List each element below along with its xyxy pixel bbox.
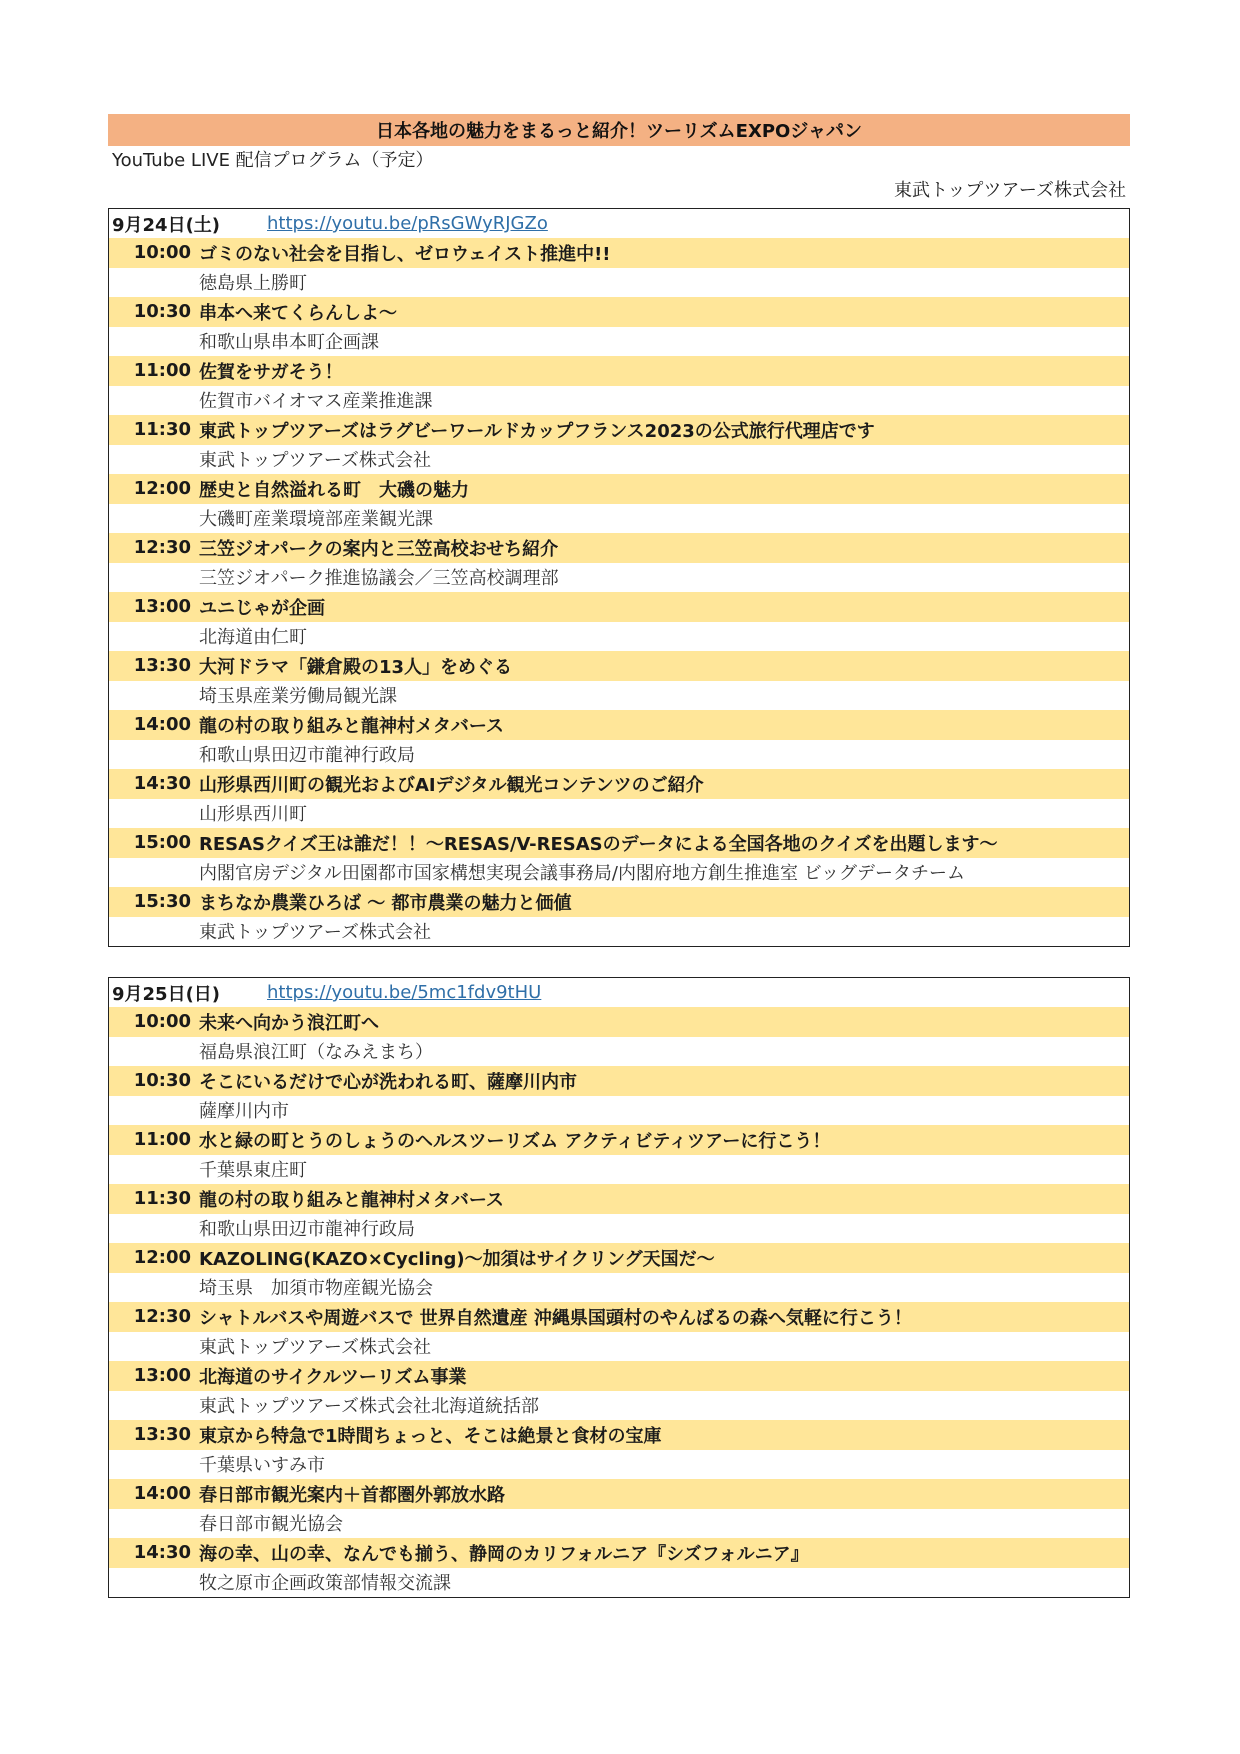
session-presenter-row: 牧之原市企画政策部情報交流課 [109,1568,1129,1598]
session-time: 13:30 [109,1424,199,1445]
session-presenter: 千葉県いすみ市 [191,1451,325,1477]
session-title: 水と緑の町とうのしょうのヘルスツーリズム アクティビティツアーに行こう！ [199,1127,830,1153]
session-time: 14:30 [109,773,199,794]
session-presenter-row: 和歌山県串本町企画課 [109,327,1129,357]
session-title-row: 11:30東武トップツアーズはラグビーワールドカップフランス2023の公式旅行代… [109,415,1129,445]
session-presenter: 大磯町産業環境部産業観光課 [191,505,433,531]
session-title-row: 13:30大河ドラマ「鎌倉殿の13人」をめぐる [109,651,1129,681]
session-title: 北海道のサイクルツーリズム事業 [199,1363,466,1389]
youtube-link[interactable]: https://youtu.be/5mc1fdv9tHU [267,982,541,1003]
program-document: 日本各地の魅力をまるっと紹介！ツーリズムEXPOジャパン YouTube LIV… [108,114,1130,1598]
day-date: 9月25日(日) [112,980,267,1006]
session-title: そこにいるだけで心が洗われる町、薩摩川内市 [199,1068,577,1094]
session-presenter-row: 東武トップツアーズ株式会社 [109,1332,1129,1362]
session-time: 13:30 [109,655,199,676]
session-title-row: 14:00龍の村の取り組みと龍神村メタバース [109,710,1129,740]
day-header: 9月25日(日)https://youtu.be/5mc1fdv9tHU [109,978,1129,1007]
session-presenter-row: 大磯町産業環境部産業観光課 [109,504,1129,534]
session-title-row: 15:00RESASクイズ王は誰だ！！～RESAS/V-RESASのデータによる… [109,828,1129,858]
session-title: 龍の村の取り組みと龍神村メタバース [199,1186,504,1212]
session-presenter-row: 千葉県いすみ市 [109,1450,1129,1480]
session-time: 15:30 [109,891,199,912]
day-date: 9月24日(土) [112,211,267,237]
document-subtitle: YouTube LIVE 配信プログラム（予定） [108,146,1130,176]
session-title: ユニじゃが企画 [199,594,325,620]
session-presenter: 東武トップツアーズ株式会社 [191,446,431,472]
session-presenter: 千葉県東庄町 [191,1156,307,1182]
session-title-row: 11:00水と緑の町とうのしょうのヘルスツーリズム アクティビティツアーに行こう… [109,1125,1129,1155]
session-presenter-row: 和歌山県田辺市龍神行政局 [109,740,1129,770]
session-time: 10:00 [109,1011,199,1032]
session-time: 10:00 [109,242,199,263]
session-presenter-row: 佐賀市バイオマス産業推進課 [109,386,1129,416]
session-presenter: 内閣官房デジタル田園都市国家構想実現会議事務局/内閣府地方創生推進室 ビッグデー… [191,859,965,885]
session-title-row: 12:00歴史と自然溢れる町 大磯の魅力 [109,474,1129,504]
session-presenter-row: 山形県西川町 [109,799,1129,829]
session-time: 13:00 [109,596,199,617]
session-title: 大河ドラマ「鎌倉殿の13人」をめぐる [199,653,512,679]
session-title-row: 12:30シャトルバスや周遊バスで 世界自然遺産 沖縄県国頭村のやんばるの森へ気… [109,1302,1129,1332]
session-time: 14:00 [109,714,199,735]
session-title: シャトルバスや周遊バスで 世界自然遺産 沖縄県国頭村のやんばるの森へ気軽に行こう… [199,1304,912,1330]
session-time: 10:30 [109,301,199,322]
session-time: 12:00 [109,1247,199,1268]
session-title: まちなか農業ひろば ～ 都市農業の魅力と価値 [199,889,572,915]
session-title-row: 12:30三笠ジオパークの案内と三笠高校おせち紹介 [109,533,1129,563]
session-title: 歴史と自然溢れる町 大磯の魅力 [199,476,469,502]
session-presenter-row: 東武トップツアーズ株式会社 [109,445,1129,475]
session-title: RESASクイズ王は誰だ！！～RESAS/V-RESASのデータによる全国各地の… [199,830,998,856]
session-presenter: 北海道由仁町 [191,623,307,649]
session-presenter: 牧之原市企画政策部情報交流課 [191,1569,451,1595]
session-presenter-row: 東武トップツアーズ株式会社北海道統括部 [109,1391,1129,1421]
session-time: 11:30 [109,419,199,440]
session-presenter-row: 東武トップツアーズ株式会社 [109,917,1129,947]
session-time: 14:30 [109,1542,199,1563]
session-title-row: 15:30まちなか農業ひろば ～ 都市農業の魅力と価値 [109,887,1129,917]
session-title: 山形県西川町の観光およびAIデジタル観光コンテンツのご紹介 [199,771,704,797]
session-title: 海の幸、山の幸、なんでも揃う、静岡のカリフォルニア『シズフォルニア』 [199,1540,809,1566]
session-presenter-row: 徳島県上勝町 [109,268,1129,298]
session-presenter-row: 北海道由仁町 [109,622,1129,652]
session-time: 10:30 [109,1070,199,1091]
session-title-row: 14:30海の幸、山の幸、なんでも揃う、静岡のカリフォルニア『シズフォルニア』 [109,1538,1129,1568]
session-presenter-row: 千葉県東庄町 [109,1155,1129,1185]
session-presenter: 徳島県上勝町 [191,269,307,295]
session-title-row: 11:00佐賀をサガそう！ [109,356,1129,386]
session-presenter: 埼玉県 加須市物産観光協会 [191,1274,433,1300]
session-time: 12:30 [109,1306,199,1327]
session-presenter: 和歌山県串本町企画課 [191,328,379,354]
session-presenter: 山形県西川町 [191,800,307,826]
session-presenter-row: 内閣官房デジタル田園都市国家構想実現会議事務局/内閣府地方創生推進室 ビッグデー… [109,858,1129,888]
session-presenter: 和歌山県田辺市龍神行政局 [191,741,415,767]
session-title-row: 13:00ユニじゃが企画 [109,592,1129,622]
session-presenter: 東武トップツアーズ株式会社 [191,918,431,944]
session-title-row: 10:30そこにいるだけで心が洗われる町、薩摩川内市 [109,1066,1129,1096]
session-presenter: 三笠ジオパーク推進協議会／三笠高校調理部 [191,564,559,590]
session-time: 11:00 [109,1129,199,1150]
session-title-row: 14:00春日部市観光案内＋首都圏外郭放水路 [109,1479,1129,1509]
session-title-row: 14:30山形県西川町の観光およびAIデジタル観光コンテンツのご紹介 [109,769,1129,799]
session-title: 東京から特急で1時間ちょっと、そこは絶景と食材の宝庫 [199,1422,662,1448]
session-time: 12:00 [109,478,199,499]
session-title: 串本へ来てくらんしよ～ [199,299,397,325]
session-title-row: 12:00KAZOLING(KAZO×Cycling)～加須はサイクリング天国だ… [109,1243,1129,1273]
session-title: 龍の村の取り組みと龍神村メタバース [199,712,504,738]
organizer-name: 東武トップツアーズ株式会社 [108,176,1130,206]
session-time: 14:00 [109,1483,199,1504]
session-presenter-row: 和歌山県田辺市龍神行政局 [109,1214,1129,1244]
session-presenter: 薩摩川内市 [191,1097,289,1123]
session-title: 東武トップツアーズはラグビーワールドカップフランス2023の公式旅行代理店です [199,417,875,443]
session-title-row: 13:00北海道のサイクルツーリズム事業 [109,1361,1129,1391]
session-presenter: 埼玉県産業労働局観光課 [191,682,397,708]
session-title-row: 10:00ゴミのない社会を目指し、ゼロウェイスト推進中!! [109,238,1129,268]
session-title: KAZOLING(KAZO×Cycling)～加須はサイクリング天国だ～ [199,1245,715,1271]
session-time: 15:00 [109,832,199,853]
table-spacer [108,947,1130,975]
session-title: 未来へ向かう浪江町へ [199,1009,379,1035]
day-schedule-table: 9月25日(日)https://youtu.be/5mc1fdv9tHU10:0… [108,977,1130,1598]
session-presenter-row: 薩摩川内市 [109,1096,1129,1126]
session-presenter: 佐賀市バイオマス産業推進課 [191,387,432,413]
session-time: 11:00 [109,360,199,381]
session-title: 佐賀をサガそう！ [199,358,343,384]
day-schedule-table: 9月24日(土)https://youtu.be/pRsGWyRJGZo10:0… [108,208,1130,947]
session-presenter-row: 埼玉県 加須市物産観光協会 [109,1273,1129,1303]
session-title: 三笠ジオパークの案内と三笠高校おせち紹介 [199,535,558,561]
session-presenter: 東武トップツアーズ株式会社北海道統括部 [191,1392,539,1418]
session-presenter-row: 福島県浪江町（なみえまち） [109,1037,1129,1067]
session-presenter: 東武トップツアーズ株式会社 [191,1333,431,1359]
document-title: 日本各地の魅力をまるっと紹介！ツーリズムEXPOジャパン [108,114,1130,146]
session-time: 12:30 [109,537,199,558]
session-time: 13:00 [109,1365,199,1386]
session-presenter: 春日部市観光協会 [191,1510,343,1536]
day-header: 9月24日(土)https://youtu.be/pRsGWyRJGZo [109,209,1129,238]
session-title-row: 10:30串本へ来てくらんしよ～ [109,297,1129,327]
session-title: 春日部市観光案内＋首都圏外郭放水路 [199,1481,505,1507]
session-presenter-row: 三笠ジオパーク推進協議会／三笠高校調理部 [109,563,1129,593]
session-title-row: 11:30龍の村の取り組みと龍神村メタバース [109,1184,1129,1214]
session-presenter-row: 春日部市観光協会 [109,1509,1129,1539]
session-presenter: 和歌山県田辺市龍神行政局 [191,1215,415,1241]
session-title: ゴミのない社会を目指し、ゼロウェイスト推進中!! [199,240,611,266]
session-presenter: 福島県浪江町（なみえまち） [191,1038,433,1064]
session-title-row: 13:30東京から特急で1時間ちょっと、そこは絶景と食材の宝庫 [109,1420,1129,1450]
session-title-row: 10:00未来へ向かう浪江町へ [109,1007,1129,1037]
session-time: 11:30 [109,1188,199,1209]
session-presenter-row: 埼玉県産業労働局観光課 [109,681,1129,711]
schedule-tables: 9月24日(土)https://youtu.be/pRsGWyRJGZo10:0… [108,208,1130,1598]
youtube-link[interactable]: https://youtu.be/pRsGWyRJGZo [267,213,548,234]
